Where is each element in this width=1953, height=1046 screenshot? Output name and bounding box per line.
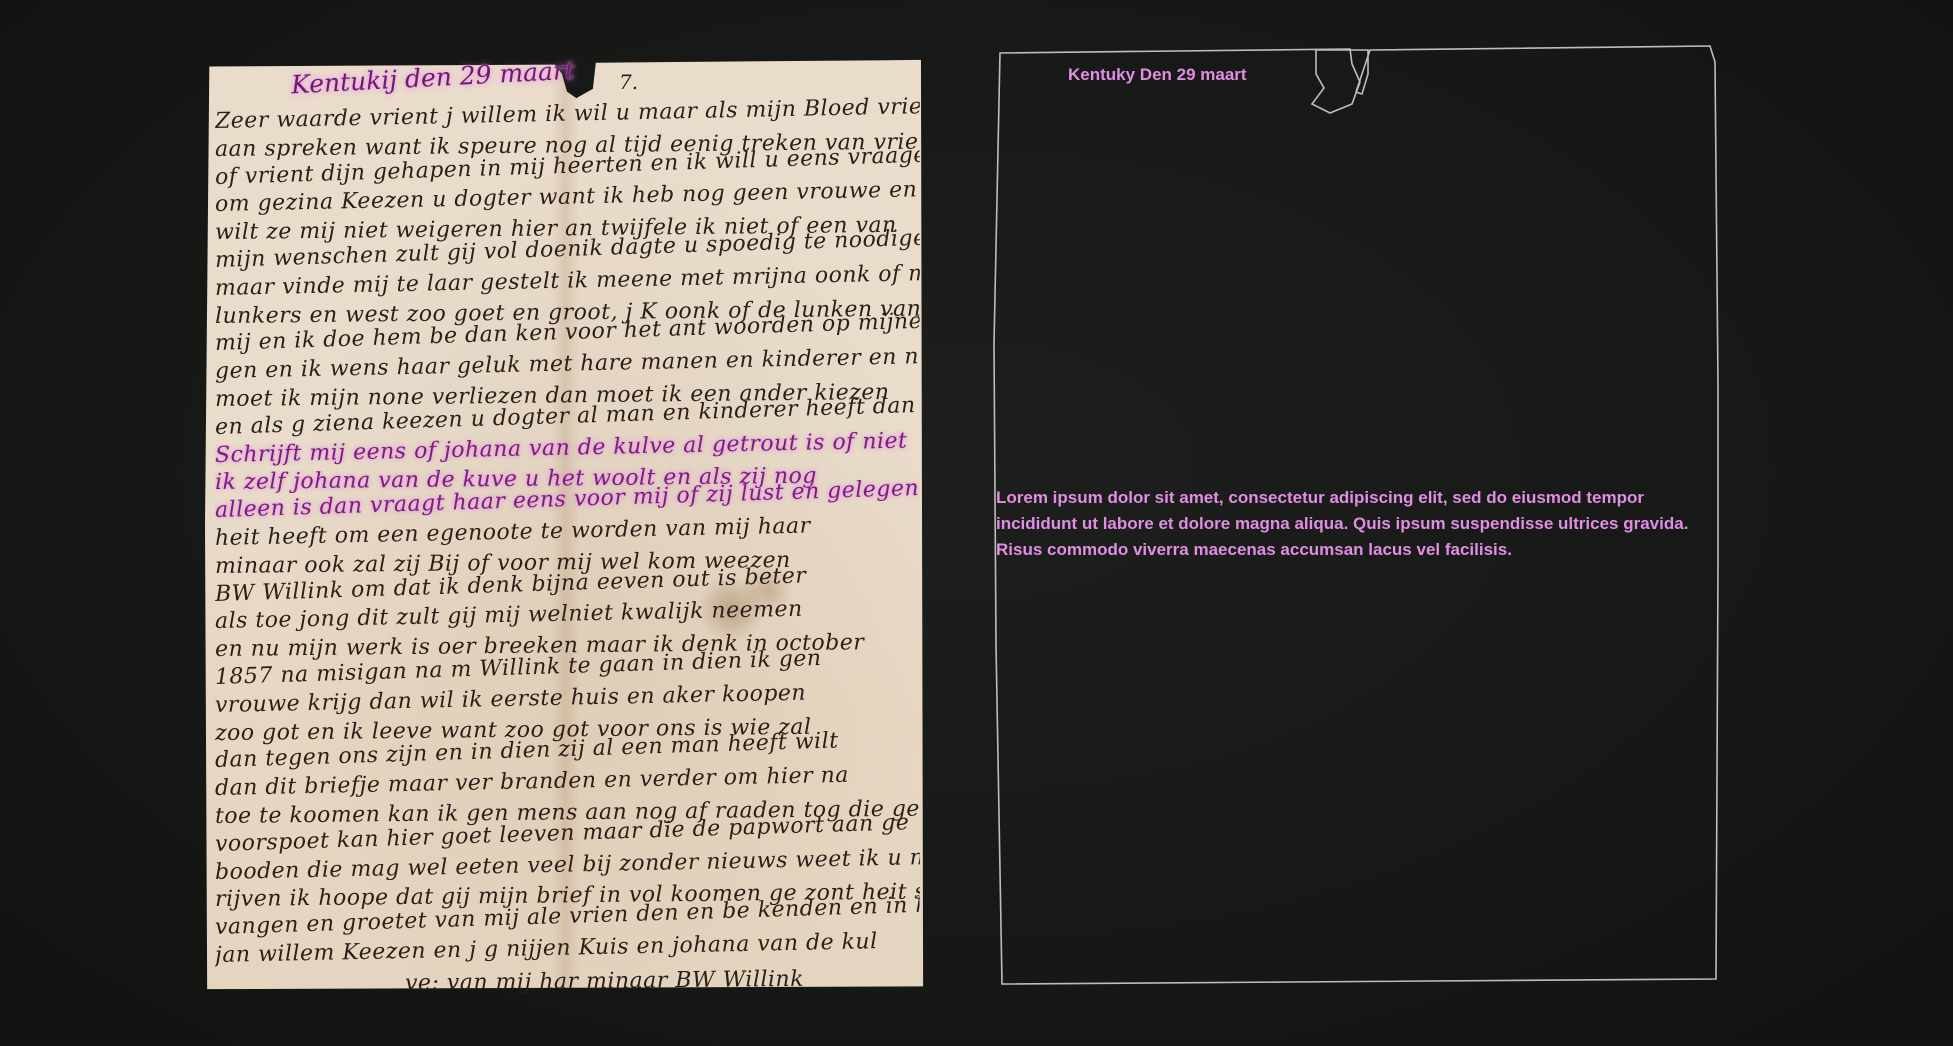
letter-page-number: 7. <box>619 70 638 94</box>
letter-paper <box>205 59 926 991</box>
document-viewer: Kentukij den 29 maart 7. Zeer waarde vri… <box>0 0 1953 1046</box>
scanned-letter-image: Kentukij den 29 maart 7. Zeer waarde vri… <box>205 59 926 991</box>
transcription-panel: Kentuky Den 29 maart Lorem ipsum dolor s… <box>990 44 1715 982</box>
transcription-title: Kentuky Den 29 maart <box>1068 65 1247 85</box>
transcription-body: Lorem ipsum dolor sit amet, consectetur … <box>996 485 1716 563</box>
